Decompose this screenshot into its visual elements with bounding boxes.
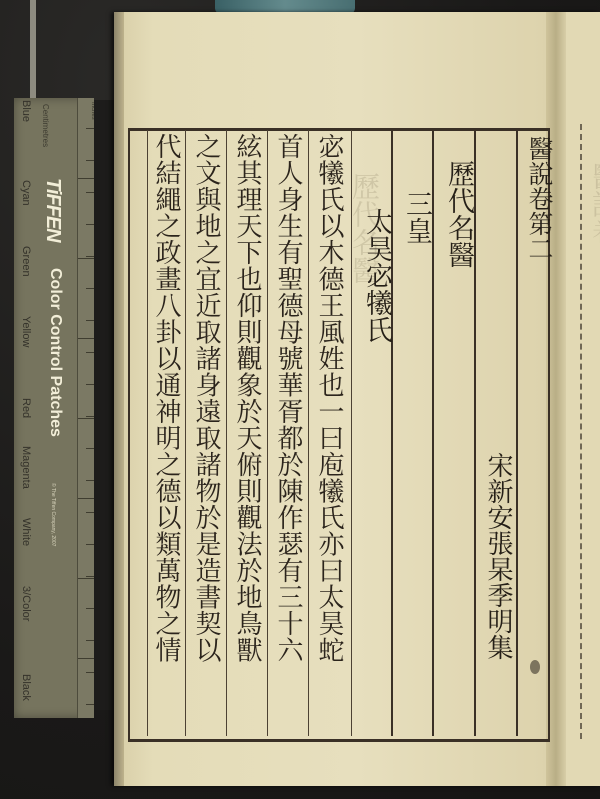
ruler-scale (77, 98, 94, 718)
tiffen-logo: TiFFEN (41, 178, 64, 242)
text-column-5: 代結繩之政畫八卦以通神明之德以類萬物之情 (150, 133, 182, 663)
page-edge (114, 12, 124, 786)
category-heading: 三皇 (397, 190, 436, 244)
product-name: Color Control Patches (46, 268, 64, 437)
entry-title: 太昊宓犧氏 (357, 208, 396, 343)
column-rule (308, 130, 309, 736)
text-column-4: 之文與地之宜近取諸身遠取諸物於是造書契以 (190, 133, 222, 663)
column-rule (351, 130, 352, 736)
ink-stain (530, 660, 540, 674)
swatch-yellow: Yellow (20, 316, 32, 347)
swatch-magenta: Magenta (20, 446, 32, 489)
column-rule (267, 130, 268, 736)
text-column-3: 絃其理天下也仰則觀象於天俯則觀法於地鳥獸 (231, 133, 263, 663)
column-rule (226, 130, 227, 736)
column-rule (147, 130, 148, 736)
swatch-cyan: Cyan (20, 180, 32, 206)
stand-pole (30, 0, 36, 100)
text-column-2: 首人身生有聖德母號華胥都於陳作瑟有三十六 (272, 133, 304, 663)
section-title: 歷代名醫 (439, 160, 478, 268)
swatch-red: Red (20, 398, 32, 418)
text-column-1: 宓犧氏以木德王風姓也一曰庖犧氏亦曰太昊蛇 (313, 133, 345, 663)
show-through-text: 醫說卷 (584, 162, 600, 246)
swatch-black: Black (20, 674, 32, 701)
copyright-text: © The Tiffen Company, 2007 (50, 483, 56, 546)
swatch-blue: Blue (20, 100, 32, 122)
centimetres-label: Centimetres (41, 104, 50, 147)
swatch-white: White (20, 518, 32, 546)
color-control-card: Centimetres Inches TiFFEN Color Control … (14, 98, 94, 718)
column-rule (185, 130, 186, 736)
volume-title: 醫說卷第二 (521, 136, 557, 261)
swatch-3color: 3/Color (20, 586, 32, 621)
swatch-green: Green (20, 246, 32, 277)
author-line: 宋新安張杲季明集 (480, 452, 517, 660)
black-patch (94, 100, 114, 710)
